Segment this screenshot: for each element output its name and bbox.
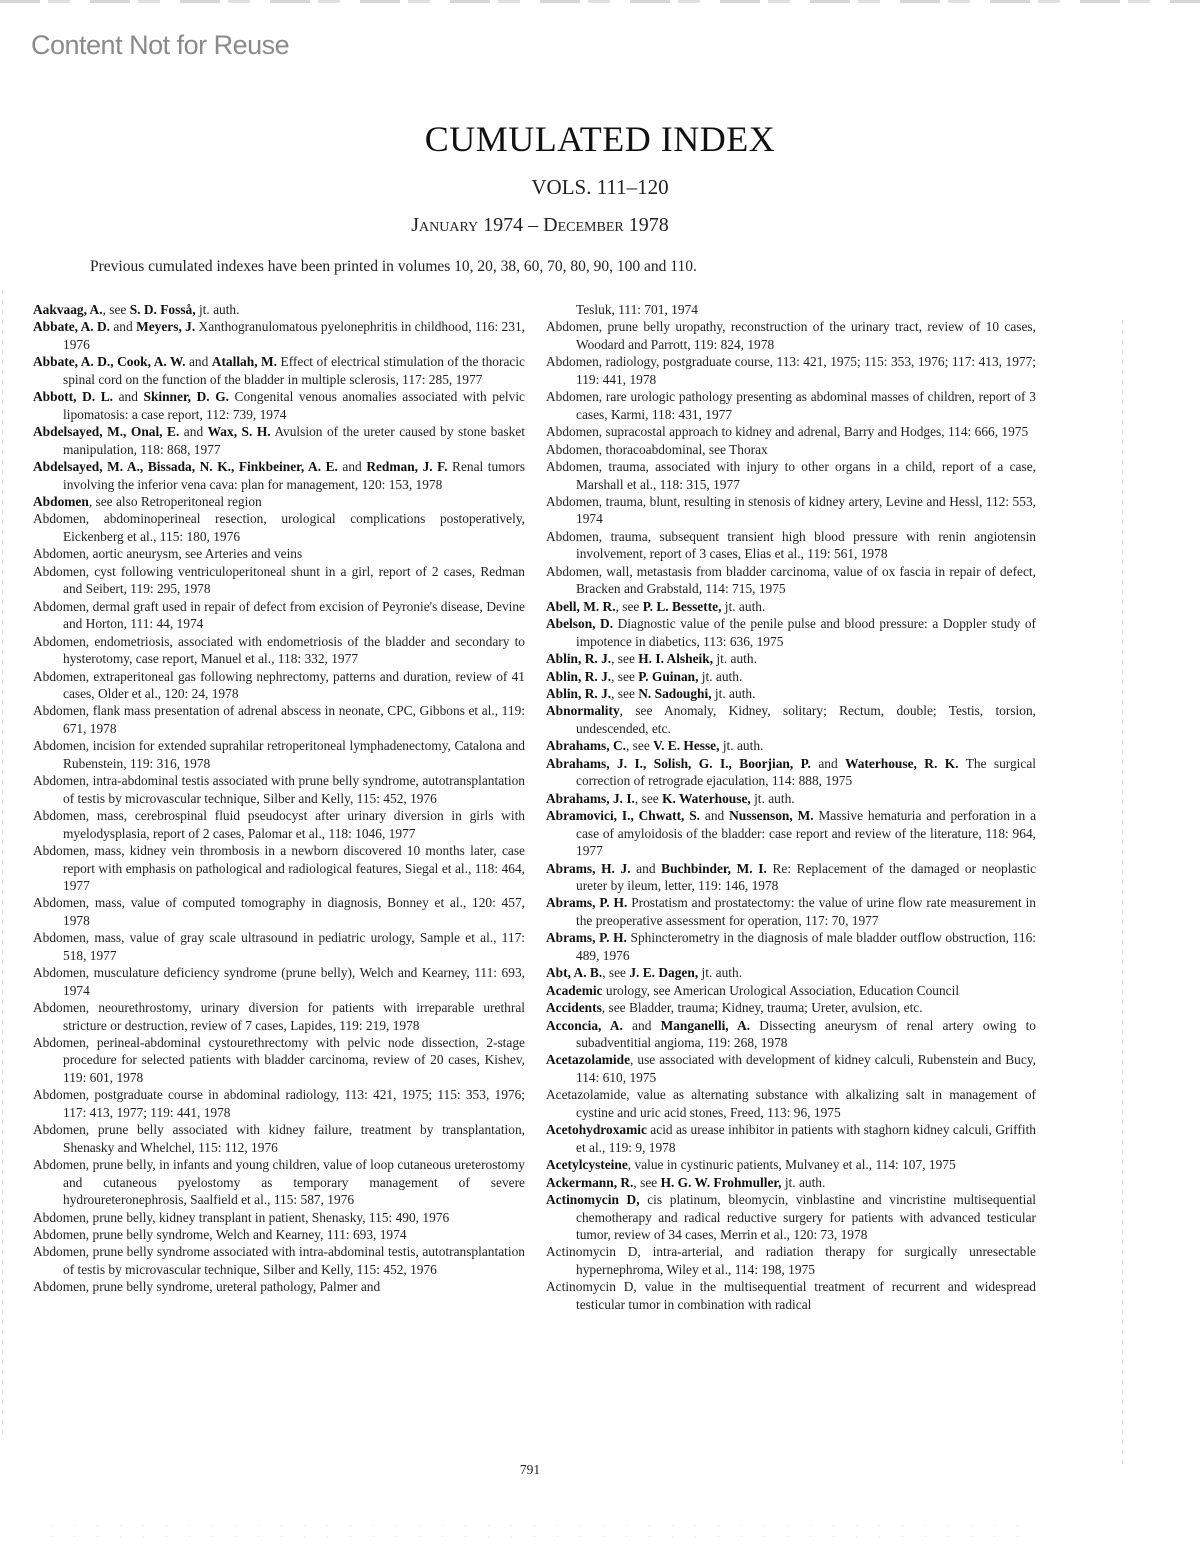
- entry-text: Actinomycin D, intra-arterial, and radia…: [546, 1244, 1036, 1276]
- index-entry: Abdomen, abdominoperineal resection, uro…: [33, 510, 525, 545]
- index-entry: Actinomycin D, value in the multisequent…: [546, 1278, 1036, 1313]
- entry-text: Abdomen, mass, value of gray scale ultra…: [33, 930, 525, 962]
- index-entry: Acetohydroxamic acid as urease inhibitor…: [546, 1121, 1036, 1156]
- index-entry: Ablin, R. J., see H. I. Alsheik, jt. aut…: [546, 650, 1036, 667]
- entry-heading: Ackermann, R.: [546, 1175, 633, 1190]
- entry-heading: Redman, J. F.: [366, 459, 447, 474]
- entry-text: Acetazolamide, value as alternating subs…: [546, 1087, 1036, 1119]
- index-entry: Abdomen, prune belly syndrome, ureteral …: [33, 1278, 525, 1295]
- index-entry: Abdomen, wall, metastasis from bladder c…: [546, 563, 1036, 598]
- index-entry: Abdomen, musculature deficiency syndrome…: [33, 964, 525, 999]
- entry-text: , see: [103, 302, 130, 317]
- index-entry: Abdomen, neourethrostomy, urinary divers…: [33, 999, 525, 1034]
- entry-text: Prostatism and prostatectomy: the value …: [576, 895, 1036, 927]
- index-entry: Abdomen, thoracoabdominal, see Thorax: [546, 441, 1036, 458]
- entry-heading: Abnormality: [546, 703, 620, 718]
- entry-text: and: [700, 808, 729, 823]
- entry-text: Abdomen, abdominoperineal resection, uro…: [33, 511, 525, 543]
- index-entry: Academic urology, see American Urologica…: [546, 982, 1036, 999]
- entry-heading: Abt, A. B.: [546, 965, 602, 980]
- index-entry: Abdomen, mass, cerebrospinal fluid pseud…: [33, 807, 525, 842]
- entry-heading: Abrahams, J. I., Solish, G. I., Boorjian…: [546, 756, 811, 771]
- entry-heading: H. I. Alsheik,: [638, 651, 713, 666]
- entry-heading: Waterhouse, R. K.: [845, 756, 958, 771]
- index-entry: Abdomen, intra-abdominal testis associat…: [33, 772, 525, 807]
- entry-text: jt. auth.: [719, 738, 763, 753]
- index-entry: Ablin, R. J., see P. Guinan, jt. auth.: [546, 668, 1036, 685]
- entry-text: and: [179, 424, 207, 439]
- index-entry: Acetazolamide, use associated with devel…: [546, 1051, 1036, 1086]
- entry-text: and: [338, 459, 366, 474]
- entry-text: Diagnostic value of the penile pulse and…: [576, 616, 1036, 648]
- entry-text: Abdomen, supracostal approach to kidney …: [546, 424, 1028, 439]
- index-entry: Accidents, see Bladder, trauma; Kidney, …: [546, 999, 1036, 1016]
- entry-text: Abdomen, mass, kidney vein thrombosis in…: [33, 843, 525, 893]
- index-entry: Abdomen, mass, value of computed tomogra…: [33, 894, 525, 929]
- entry-heading: Acconcia, A.: [546, 1018, 623, 1033]
- entry-heading: K. Waterhouse,: [662, 791, 751, 806]
- index-entry: Abrahams, J. I., Solish, G. I., Boorjian…: [546, 755, 1036, 790]
- entry-heading: Buchbinder, M. I.: [661, 861, 767, 876]
- entry-text: and: [631, 861, 662, 876]
- index-column-left: Aakvaag, A., see S. D. Fosså, jt. auth.A…: [33, 301, 525, 1296]
- entry-text: Abdomen, prune belly syndrome associated…: [33, 1244, 525, 1276]
- index-entry: Actinomycin D, intra-arterial, and radia…: [546, 1243, 1036, 1278]
- index-entry: Abrams, H. J. and Buchbinder, M. I. Re: …: [546, 860, 1036, 895]
- index-entry-continuation: Tesluk, 111: 701, 1974: [546, 301, 1036, 318]
- entry-text: Abdomen, wall, metastasis from bladder c…: [546, 564, 1036, 596]
- index-entry: Abrahams, J. I., see K. Waterhouse, jt. …: [546, 790, 1036, 807]
- index-entry: Abdomen, aortic aneurysm, see Arteries a…: [33, 545, 525, 562]
- entry-text: jt. auth.: [713, 651, 757, 666]
- entry-text: jt. auth.: [196, 302, 240, 317]
- index-entry: Acetazolamide, value as alternating subs…: [546, 1086, 1036, 1121]
- entry-text: jt. auth.: [698, 669, 742, 684]
- index-entry: Abdomen, prune belly, in infants and you…: [33, 1156, 525, 1208]
- entry-text: Abdomen, prune belly uropathy, reconstru…: [546, 319, 1036, 351]
- entry-heading: Manganelli, A.: [661, 1018, 751, 1033]
- entry-heading: Abrahams, C.: [546, 738, 626, 753]
- index-entry: Abdomen, postgraduate course in abdomina…: [33, 1086, 525, 1121]
- index-entry: Abelson, D. Diagnostic value of the peni…: [546, 615, 1036, 650]
- entry-text: Sphincterometry in the diagnosis of male…: [576, 930, 1036, 962]
- index-entry: Abdomen, rare urologic pathology present…: [546, 388, 1036, 423]
- index-entry: Ablin, R. J., see N. Sadoughi, jt. auth.: [546, 685, 1036, 702]
- entry-heading: Acetohydroxamic: [546, 1122, 647, 1137]
- entry-text: Abdomen, prune belly, kidney transplant …: [33, 1210, 449, 1225]
- scan-edge-right: [1122, 320, 1123, 1470]
- entry-text: and: [623, 1018, 661, 1033]
- entry-text: , see Bladder, trauma; Kidney, trauma; U…: [602, 1000, 923, 1015]
- entry-heading: Abbate, A. D.: [33, 319, 110, 334]
- entry-heading: Abdelsayed, M. A., Bissada, N. K., Finkb…: [33, 459, 338, 474]
- entry-heading: Abbott, D. L.: [33, 389, 113, 404]
- index-entry: Abdomen, cyst following ventriculoperito…: [33, 563, 525, 598]
- entry-text: Abdomen, mass, cerebrospinal fluid pseud…: [33, 808, 525, 840]
- page-title: CUMULATED INDEX: [0, 118, 1200, 160]
- index-entry: Abdomen, mass, kidney vein thrombosis in…: [33, 842, 525, 894]
- scan-noise: [40, 1520, 1040, 1545]
- entry-text: Abdomen, prune belly syndrome, Welch and…: [33, 1227, 407, 1242]
- entry-text: , see: [611, 669, 638, 684]
- entry-heading: N. Sadoughi,: [638, 686, 711, 701]
- index-entry: Abdomen, flank mass presentation of adre…: [33, 702, 525, 737]
- index-entry: Abt, A. B., see J. E. Dagen, jt. auth.: [546, 964, 1036, 981]
- entry-heading: Abdomen: [33, 494, 89, 509]
- entry-text: jt. auth.: [721, 599, 765, 614]
- entry-text: , see: [611, 651, 638, 666]
- entry-heading: Abelson, D.: [546, 616, 613, 631]
- entry-text: Abdomen, prune belly syndrome, ureteral …: [33, 1279, 380, 1294]
- index-entry: Abdomen, prune belly syndrome associated…: [33, 1243, 525, 1278]
- entry-text: Abdomen, trauma, blunt, resulting in ste…: [546, 494, 1036, 526]
- entry-text: Abdomen, cyst following ventriculoperito…: [33, 564, 525, 596]
- volumes-range: VOLS. 111–120: [0, 175, 1200, 200]
- entry-heading: P. Guinan,: [638, 669, 698, 684]
- index-entry: Abdomen, trauma, associated with injury …: [546, 458, 1036, 493]
- entry-text: Abdomen, trauma, associated with injury …: [546, 459, 1036, 491]
- entry-text: Abdomen, thoracoabdominal, see Thorax: [546, 442, 768, 457]
- page-number: 791: [0, 1462, 1060, 1478]
- index-entry: Abdomen, perineal-abdominal cystourethre…: [33, 1034, 525, 1086]
- index-entry: Abdomen, extraperitoneal gas following n…: [33, 668, 525, 703]
- entry-heading: Abrahams, J. I.: [546, 791, 635, 806]
- entry-text: jt. auth.: [712, 686, 756, 701]
- entry-text: jt. auth.: [781, 1175, 825, 1190]
- entry-heading: Abramovici, I., Chwatt, S.: [546, 808, 700, 823]
- entry-text: Abdomen, musculature deficiency syndrome…: [33, 965, 525, 997]
- entry-heading: Accidents: [546, 1000, 602, 1015]
- entry-text: , see: [635, 791, 662, 806]
- entry-heading: Abdelsayed, M., Onal, E.: [33, 424, 179, 439]
- entry-heading: H. G. W. Frohmuller,: [661, 1175, 782, 1190]
- entry-text: , value in cystinuric patients, Mulvaney…: [628, 1157, 956, 1172]
- index-entry: Abdomen, prune belly associated with kid…: [33, 1121, 525, 1156]
- entry-heading: Academic: [546, 983, 603, 998]
- entry-heading: Aakvaag, A.: [33, 302, 103, 317]
- index-entry: Acetylcysteine, value in cystinuric pati…: [546, 1156, 1036, 1173]
- entry-heading: Wax, S. H.: [208, 424, 271, 439]
- index-entry: Abdelsayed, M. A., Bissada, N. K., Finkb…: [33, 458, 525, 493]
- entry-text: Abdomen, postgraduate course in abdomina…: [33, 1087, 525, 1119]
- entry-heading: Acetazolamide: [546, 1052, 630, 1067]
- entry-heading: Abrams, P. H.: [546, 895, 627, 910]
- index-entry: Abdomen, endometriosis, associated with …: [33, 633, 525, 668]
- entry-text: Abdomen, intra-abdominal testis associat…: [33, 773, 525, 805]
- index-entry: Abdomen, prune belly, kidney transplant …: [33, 1209, 525, 1226]
- index-entry: Abdomen, mass, value of gray scale ultra…: [33, 929, 525, 964]
- entry-heading: Atallah, M.: [212, 354, 277, 369]
- entry-text: cis platinum, bleomycin, vinblastine and…: [576, 1192, 1036, 1242]
- index-entry: Abell, M. R., see P. L. Bessette, jt. au…: [546, 598, 1036, 615]
- entry-text: Abdomen, extraperitoneal gas following n…: [33, 669, 525, 701]
- previous-indexes-note: Previous cumulated indexes have been pri…: [90, 258, 697, 276]
- index-entry: Aakvaag, A., see S. D. Fosså, jt. auth.: [33, 301, 525, 318]
- index-entry: Abdomen, see also Retroperitoneal region: [33, 493, 525, 510]
- index-entry: Abdomen, incision for extended suprahila…: [33, 737, 525, 772]
- entry-text: Abdomen, perineal-abdominal cystourethre…: [33, 1035, 525, 1085]
- index-entry: Abdelsayed, M., Onal, E. and Wax, S. H. …: [33, 423, 525, 458]
- entry-text: Abdomen, flank mass presentation of adre…: [33, 703, 525, 735]
- entry-text: and: [110, 319, 136, 334]
- entry-heading: V. E. Hesse,: [653, 738, 719, 753]
- entry-heading: Abbate, A. D., Cook, A. W.: [33, 354, 185, 369]
- entry-text: Abdomen, neourethrostomy, urinary divers…: [33, 1000, 525, 1032]
- entry-text: Abdomen, dermal graft used in repair of …: [33, 599, 525, 631]
- entry-text: , see: [633, 1175, 660, 1190]
- index-entry: Abrahams, C., see V. E. Hesse, jt. auth.: [546, 737, 1036, 754]
- index-column-right: Tesluk, 111: 701, 1974Abdomen, prune bel…: [546, 301, 1036, 1313]
- index-entry: Abbate, A. D. and Meyers, J. Xanthogranu…: [33, 318, 525, 353]
- index-entry: Actinomycin D, cis platinum, bleomycin, …: [546, 1191, 1036, 1243]
- entry-heading: P. L. Bessette,: [643, 599, 722, 614]
- entry-text: and: [185, 354, 211, 369]
- entry-heading: Actinomycin D,: [546, 1192, 640, 1207]
- entry-text: , see: [611, 686, 638, 701]
- entry-heading: Nussenson, M.: [729, 808, 813, 823]
- entry-heading: Skinner, D. G.: [144, 389, 229, 404]
- entry-text: , see: [602, 965, 629, 980]
- entry-heading: Abrams, H. J.: [546, 861, 631, 876]
- entry-text: Abdomen, rare urologic pathology present…: [546, 389, 1036, 421]
- entry-text: Abdomen, prune belly, in infants and you…: [33, 1157, 525, 1207]
- index-entry: Acconcia, A. and Manganelli, A. Dissecti…: [546, 1017, 1036, 1052]
- entry-heading: Ablin, R. J.: [546, 651, 611, 666]
- index-entry: Ackermann, R., see H. G. W. Frohmuller, …: [546, 1174, 1036, 1191]
- index-entry: Abdomen, trauma, blunt, resulting in ste…: [546, 493, 1036, 528]
- entry-text: Tesluk, 111: 701, 1974: [576, 302, 698, 317]
- entry-text: jt. auth.: [698, 965, 742, 980]
- entry-text: , see: [616, 599, 643, 614]
- entry-text: Actinomycin D, value in the multisequent…: [546, 1279, 1036, 1311]
- entry-heading: Acetylcysteine: [546, 1157, 628, 1172]
- entry-heading: J. E. Dagen,: [629, 965, 698, 980]
- index-entry: Abnormality, see Anomaly, Kidney, solita…: [546, 702, 1036, 737]
- entry-text: Abdomen, incision for extended suprahila…: [33, 738, 525, 770]
- entry-heading: Ablin, R. J.: [546, 686, 611, 701]
- index-entry: Abdomen, radiology, postgraduate course,…: [546, 353, 1036, 388]
- index-entry: Abramovici, I., Chwatt, S. and Nussenson…: [546, 807, 1036, 859]
- entry-text: Abdomen, trauma, subsequent transient hi…: [546, 529, 1036, 561]
- index-entry: Abbate, A. D., Cook, A. W. and Atallah, …: [33, 353, 525, 388]
- index-entry: Abdomen, prune belly uropathy, reconstru…: [546, 318, 1036, 353]
- index-entry: Abdomen, prune belly syndrome, Welch and…: [33, 1226, 525, 1243]
- entry-text: Abdomen, endometriosis, associated with …: [33, 634, 525, 666]
- entry-text: , see: [626, 738, 653, 753]
- index-entry: Abrams, P. H. Prostatism and prostatecto…: [546, 894, 1036, 929]
- index-entry: Abrams, P. H. Sphincterometry in the dia…: [546, 929, 1036, 964]
- index-entry: Abbott, D. L. and Skinner, D. G. Congeni…: [33, 388, 525, 423]
- entry-heading: Abrams, P. H.: [546, 930, 627, 945]
- scan-edge-left: [2, 290, 3, 1440]
- index-entry: Abdomen, trauma, subsequent transient hi…: [546, 528, 1036, 563]
- scan-edge-top: [0, 0, 1200, 3]
- date-range: January 1974 – December 1978: [0, 214, 1080, 237]
- entry-text: , use associated with development of kid…: [576, 1052, 1036, 1084]
- entry-heading: Ablin, R. J.: [546, 669, 611, 684]
- watermark: Content Not for Reuse: [31, 30, 289, 61]
- entry-heading: Abell, M. R.: [546, 599, 616, 614]
- entry-text: and: [811, 756, 845, 771]
- entry-text: jt. auth.: [751, 791, 795, 806]
- index-entry: Abdomen, dermal graft used in repair of …: [33, 598, 525, 633]
- entry-text: , see also Retroperitoneal region: [89, 494, 262, 509]
- entry-text: Abdomen, aortic aneurysm, see Arteries a…: [33, 546, 302, 561]
- entry-text: and: [113, 389, 144, 404]
- entry-text: , see Anomaly, Kidney, solitary; Rectum,…: [576, 703, 1036, 735]
- index-entry: Abdomen, supracostal approach to kidney …: [546, 423, 1036, 440]
- entry-text: Abdomen, mass, value of computed tomogra…: [33, 895, 525, 927]
- entry-heading: S. D. Fosså,: [130, 302, 196, 317]
- entry-heading: Meyers, J.: [136, 319, 195, 334]
- entry-text: Abdomen, radiology, postgraduate course,…: [546, 354, 1036, 386]
- entry-text: Abdomen, prune belly associated with kid…: [33, 1122, 525, 1154]
- entry-text: urology, see American Urological Associa…: [603, 983, 960, 998]
